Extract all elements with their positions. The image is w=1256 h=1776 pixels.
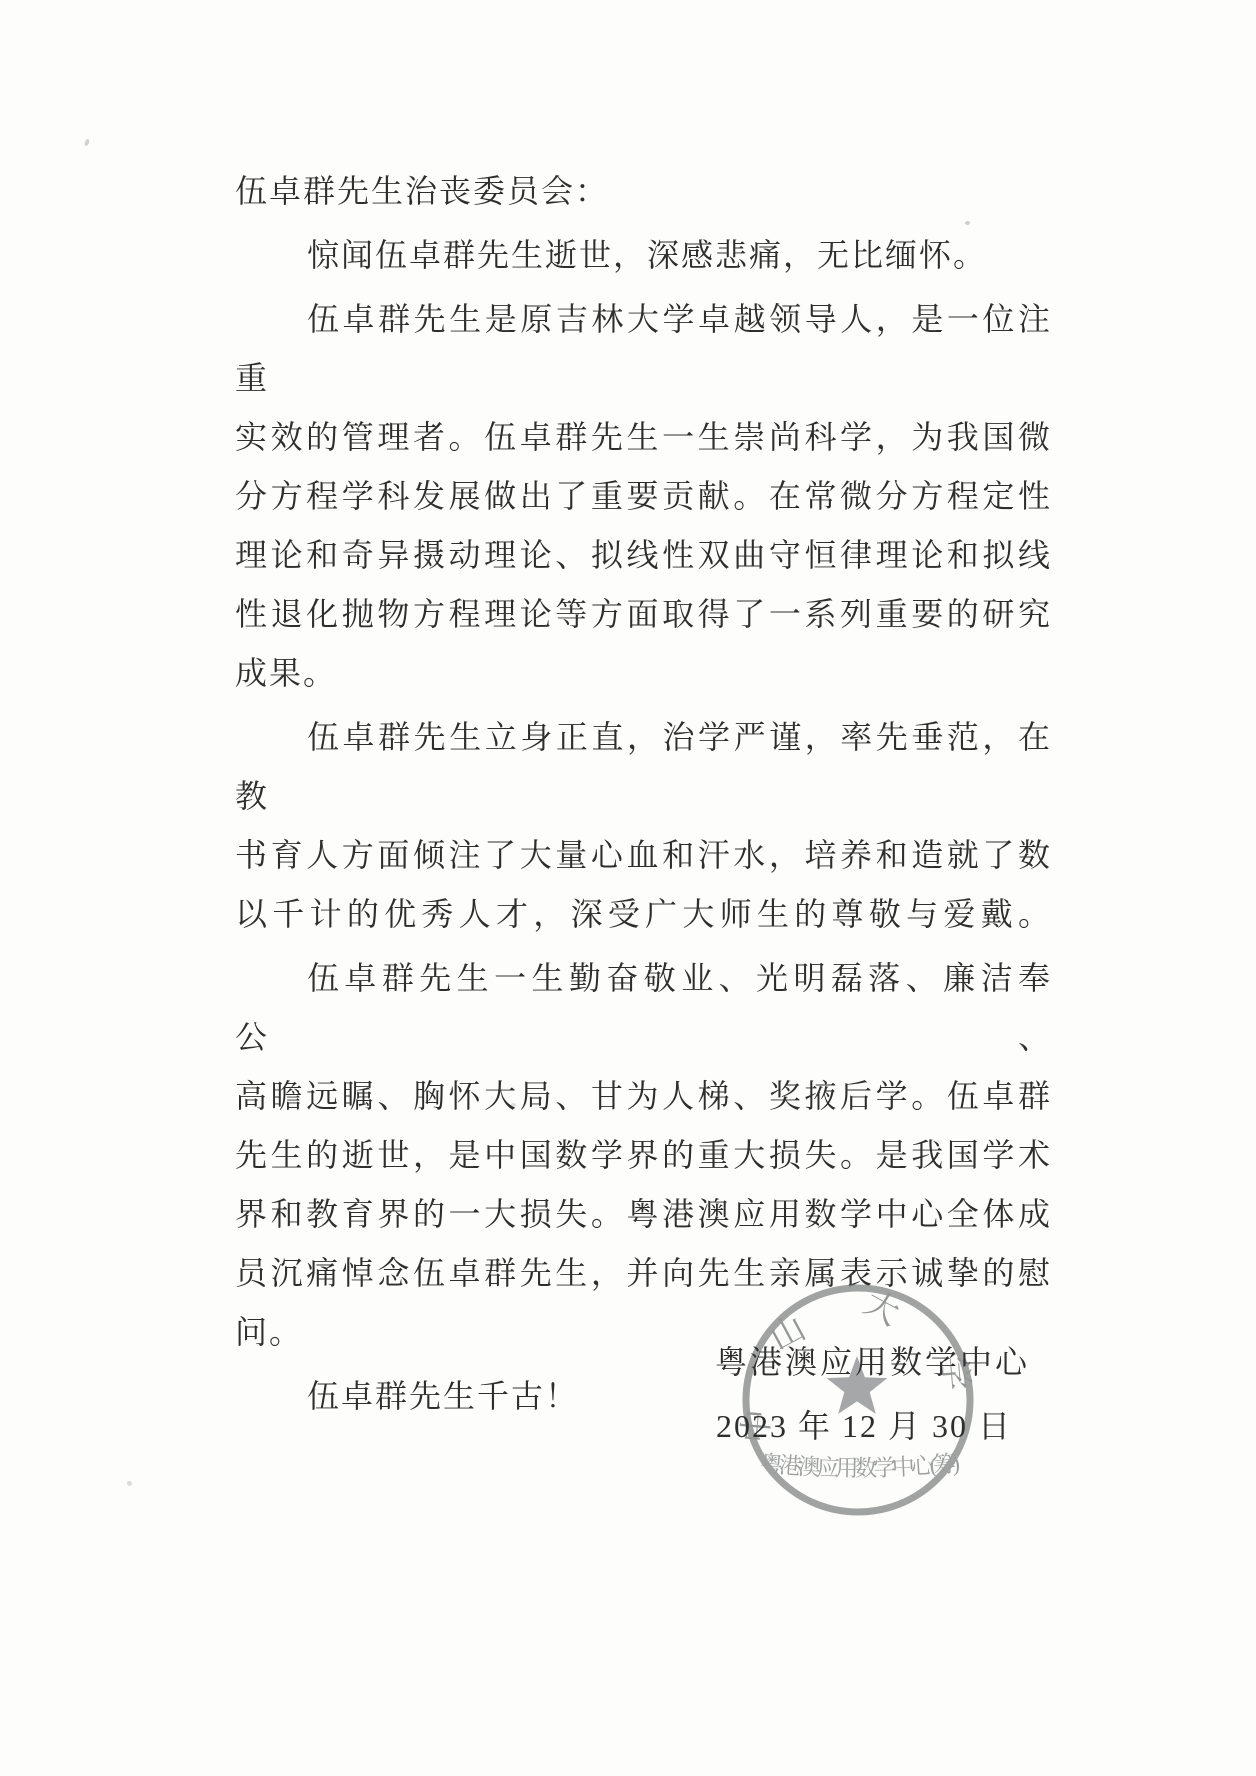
letter-line: 分方程学科发展做出了重要贡献。在常微分方程定性: [235, 467, 1052, 526]
letter-line: 理论和奇异摄动理论、拟线性双曲守恒律理论和拟线: [235, 526, 1052, 585]
letter-line: 实效的管理者。伍卓群先生一生崇尚科学，为我国微: [235, 408, 1052, 467]
letter-line: 伍卓群先生一生勤奋敬业、光明磊落、廉洁奉公、: [235, 949, 1052, 1067]
scan-speck: [84, 139, 90, 147]
letter-line: 书育人方面倾注了大量心血和汗水，培养和造就了数: [235, 826, 1052, 885]
scan-speck: [511, 1103, 516, 1107]
scanned-letter-page: 伍卓群先生治丧委员会： 惊闻伍卓群先生逝世，深感悲痛，无比缅怀。 伍卓群先生是原…: [0, 0, 1256, 1776]
letter-line: 先生的逝世，是中国数学界的重大损失。是我国学术: [235, 1126, 1052, 1185]
signature-organization: 粤港澳应用数学中心: [715, 1340, 1030, 1384]
letter-line: 成果。: [235, 644, 1052, 703]
letter-line: 惊闻伍卓群先生逝世，深感悲痛，无比缅怀。: [235, 226, 1052, 285]
scan-speck: [127, 1481, 132, 1486]
letter-line: 性退化抛物方程理论等方面取得了一系列重要的研究: [235, 585, 1052, 644]
seal-bottom-text: 粤港澳应用数学中心(筹): [759, 1451, 960, 1481]
scan-speck: [965, 221, 970, 225]
letter-line: 高瞻远瞩、胸怀大局、甘为人梯、奖掖后学。伍卓群: [235, 1067, 1052, 1126]
letter-line: 伍卓群先生立身正直，治学严谨，率先垂范，在教: [235, 708, 1052, 826]
salutation-line: 伍卓群先生治丧委员会：: [235, 162, 1052, 221]
letter-body: 伍卓群先生治丧委员会： 惊闻伍卓群先生逝世，深感悲痛，无比缅怀。 伍卓群先生是原…: [235, 162, 1052, 1426]
official-seal-stamp: 中山大学 粤港澳应用数学中心(筹): [738, 1280, 978, 1520]
letter-line: 以千计的优秀人才，深受广大师生的尊敬与爱戴。: [235, 885, 1052, 944]
signature-date: 2023 年 12 月 30 日: [716, 1404, 1012, 1448]
svg-text:粤港澳应用数学中心(筹): 粤港澳应用数学中心(筹): [759, 1451, 960, 1481]
letter-line: 界和教育界的一大损失。粤港澳应用数学中心全体成: [235, 1185, 1052, 1244]
letter-line: 伍卓群先生是原吉林大学卓越领导人，是一位注重: [235, 290, 1052, 408]
